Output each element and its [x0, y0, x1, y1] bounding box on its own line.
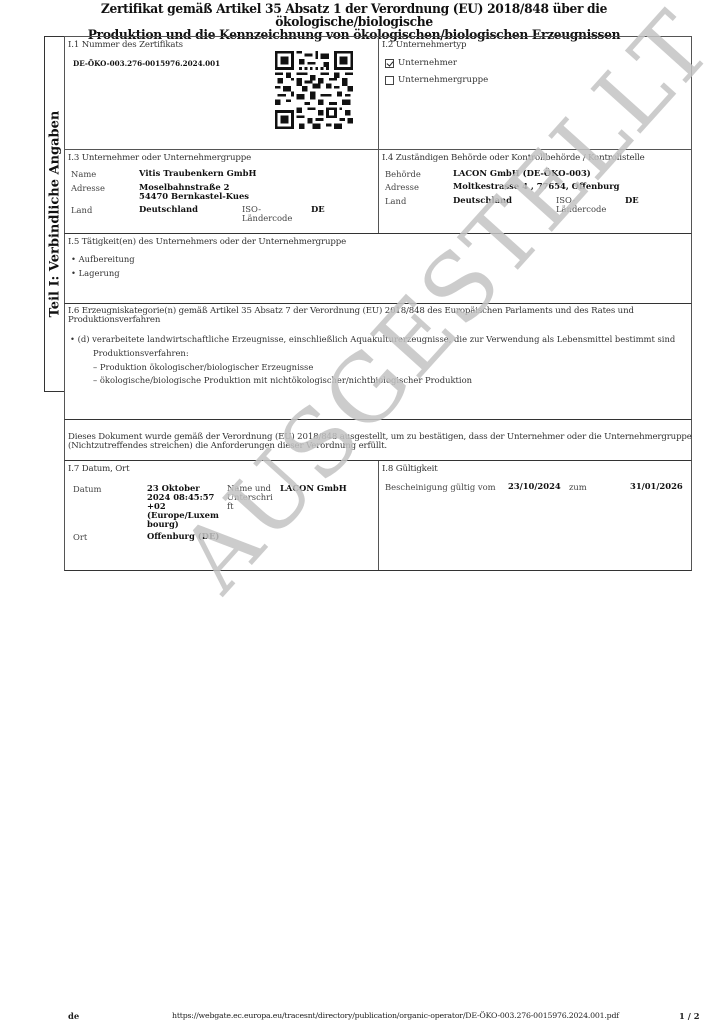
section-label: I.7 Datum, Ort [68, 464, 129, 474]
valid-from-label: Bescheinigung gültig vom [385, 482, 496, 492]
address-label: Adresse [71, 183, 105, 193]
checkbox-unchecked-icon[interactable] [385, 76, 394, 85]
signature-value: LACON GmbH [280, 484, 347, 493]
iso-label: ISO- Ländercode [556, 196, 606, 214]
footer-language: de [68, 1011, 79, 1021]
section-operator-type: I.2 Unternehmertyp Unternehmer Unternehm… [379, 37, 691, 149]
sidebar-part-label: Teil I: Verbindliche Angaben [44, 36, 64, 392]
activity-item: • Lagerung [71, 268, 120, 278]
place-value: Offenburg (DE) [147, 532, 219, 541]
checkbox-label: Unternehmergruppe [398, 75, 488, 85]
footer-page-number: 1 / 2 [679, 1011, 700, 1021]
iso-label-line-2: Ländercode [556, 205, 606, 214]
place-label: Ort [73, 532, 87, 542]
authority-label: Behörde [385, 169, 421, 179]
section-label-line-2: Produktionsverfahren [68, 316, 634, 325]
valid-from-date: 23/10/2024 [508, 482, 561, 491]
section-authority: I.4 Zuständigen Behörde oder Kontrollbeh… [379, 150, 691, 233]
section-label: I.3 Unternehmer oder Unternehmergruppe [68, 153, 251, 163]
section-label: I.4 Zuständigen Behörde oder Kontrollbeh… [382, 153, 645, 163]
authority-address: Moltkestrasse 4 , 77654, Offenburg [453, 182, 619, 191]
row-operator-authority: I.3 Unternehmer oder Unternehmergruppe N… [64, 149, 692, 234]
section-label: I.6 Erzeugniskategorie(n) gemäß Artikel … [68, 307, 634, 325]
category-item: • (d) verarbeitete landwirtschaftliche E… [70, 334, 675, 344]
checkbox-unternehmergruppe[interactable]: Unternehmergruppe [385, 75, 488, 85]
section-activities: I.5 Tätigkeit(en) des Unternehmers oder … [64, 233, 692, 304]
date-value: 23 Oktober 2024 08:45:57 +02 (Europe/Lux… [147, 484, 219, 529]
section-label: I.1 Nummer des Zertifikats [68, 40, 183, 50]
signature-label: Name und Unterschri ft [227, 484, 273, 511]
sidebar-text: Teil I: Verbindliche Angaben [47, 111, 62, 318]
activity-item: • Aufbereitung [71, 254, 135, 264]
checkbox-label: Unternehmer [398, 58, 457, 68]
country-label: Land [385, 196, 406, 206]
country-label: Land [71, 205, 92, 215]
authority-country: Deutschland [453, 196, 512, 205]
section-declaration: Dieses Dokument wurde gemäß der Verordnu… [64, 419, 692, 461]
declaration-text: Dieses Dokument wurde gemäß der Verordnu… [68, 433, 692, 451]
signature-label-line: ft [227, 502, 273, 511]
valid-to-date: 31/01/2026 [630, 482, 683, 491]
methods-label: Produktionsverfahren: [93, 348, 189, 358]
signature-label-line: Unterschri [227, 493, 273, 502]
method-item: – Produktion ökologischer/biologischer E… [93, 362, 313, 372]
certificate-number: DE-ÖKO-003.276-0015976.2024.001 [73, 59, 220, 68]
authority-name: LACON GmbH (DE-ÖKO-003) [453, 169, 591, 178]
iso-label: ISO- Ländercode [242, 205, 292, 223]
authority-iso-code: DE [625, 196, 639, 205]
checkbox-unternehmer[interactable]: Unternehmer [385, 58, 457, 68]
method-item: – ökologische/biologische Produktion mit… [93, 375, 472, 385]
valid-to-label: zum [569, 482, 587, 492]
operator-address-line-2: 54470 Bernkastel-Kues [139, 192, 249, 201]
section-operator: I.3 Unternehmer oder Unternehmergruppe N… [65, 150, 379, 233]
address-label: Adresse [385, 182, 419, 192]
operator-country: Deutschland [139, 205, 198, 214]
row-date-validity: I.7 Datum, Ort Datum 23 Oktober 2024 08:… [64, 460, 692, 571]
footer-url[interactable]: https://webgate.ec.europa.eu/tracesnt/di… [172, 1011, 619, 1020]
section-label: I.2 Unternehmertyp [382, 40, 466, 50]
checkbox-checked-icon[interactable] [385, 59, 394, 68]
qr-code-icon [275, 43, 353, 137]
date-label: Datum [73, 484, 101, 494]
section-product-categories: I.6 Erzeugniskategorie(n) gemäß Artikel … [64, 303, 692, 420]
section-label: I.5 Tätigkeit(en) des Unternehmers oder … [68, 237, 346, 247]
section-label: I.8 Gültigkeit [382, 464, 438, 474]
declaration-line-2: (Nichtzutreffendes streichen) die Anford… [68, 442, 692, 451]
section-date-place: I.7 Datum, Ort Datum 23 Oktober 2024 08:… [65, 461, 379, 570]
section-validity: I.8 Gültigkeit Bescheinigung gültig vom … [379, 461, 691, 570]
row-certificate: I.1 Nummer des Zertifikats DE-ÖKO-003.27… [64, 36, 692, 150]
operator-iso-code: DE [311, 205, 325, 214]
operator-name: Vitis Traubenkern GmbH [139, 169, 256, 178]
title-line-1: Zertifikat gemäß Artikel 35 Absatz 1 der… [25, 3, 683, 29]
date-line: bourg) [147, 520, 219, 529]
iso-label-line-2: Ländercode [242, 214, 292, 223]
section-certificate-number: I.1 Nummer des Zertifikats DE-ÖKO-003.27… [65, 37, 379, 149]
name-label: Name [71, 169, 96, 179]
